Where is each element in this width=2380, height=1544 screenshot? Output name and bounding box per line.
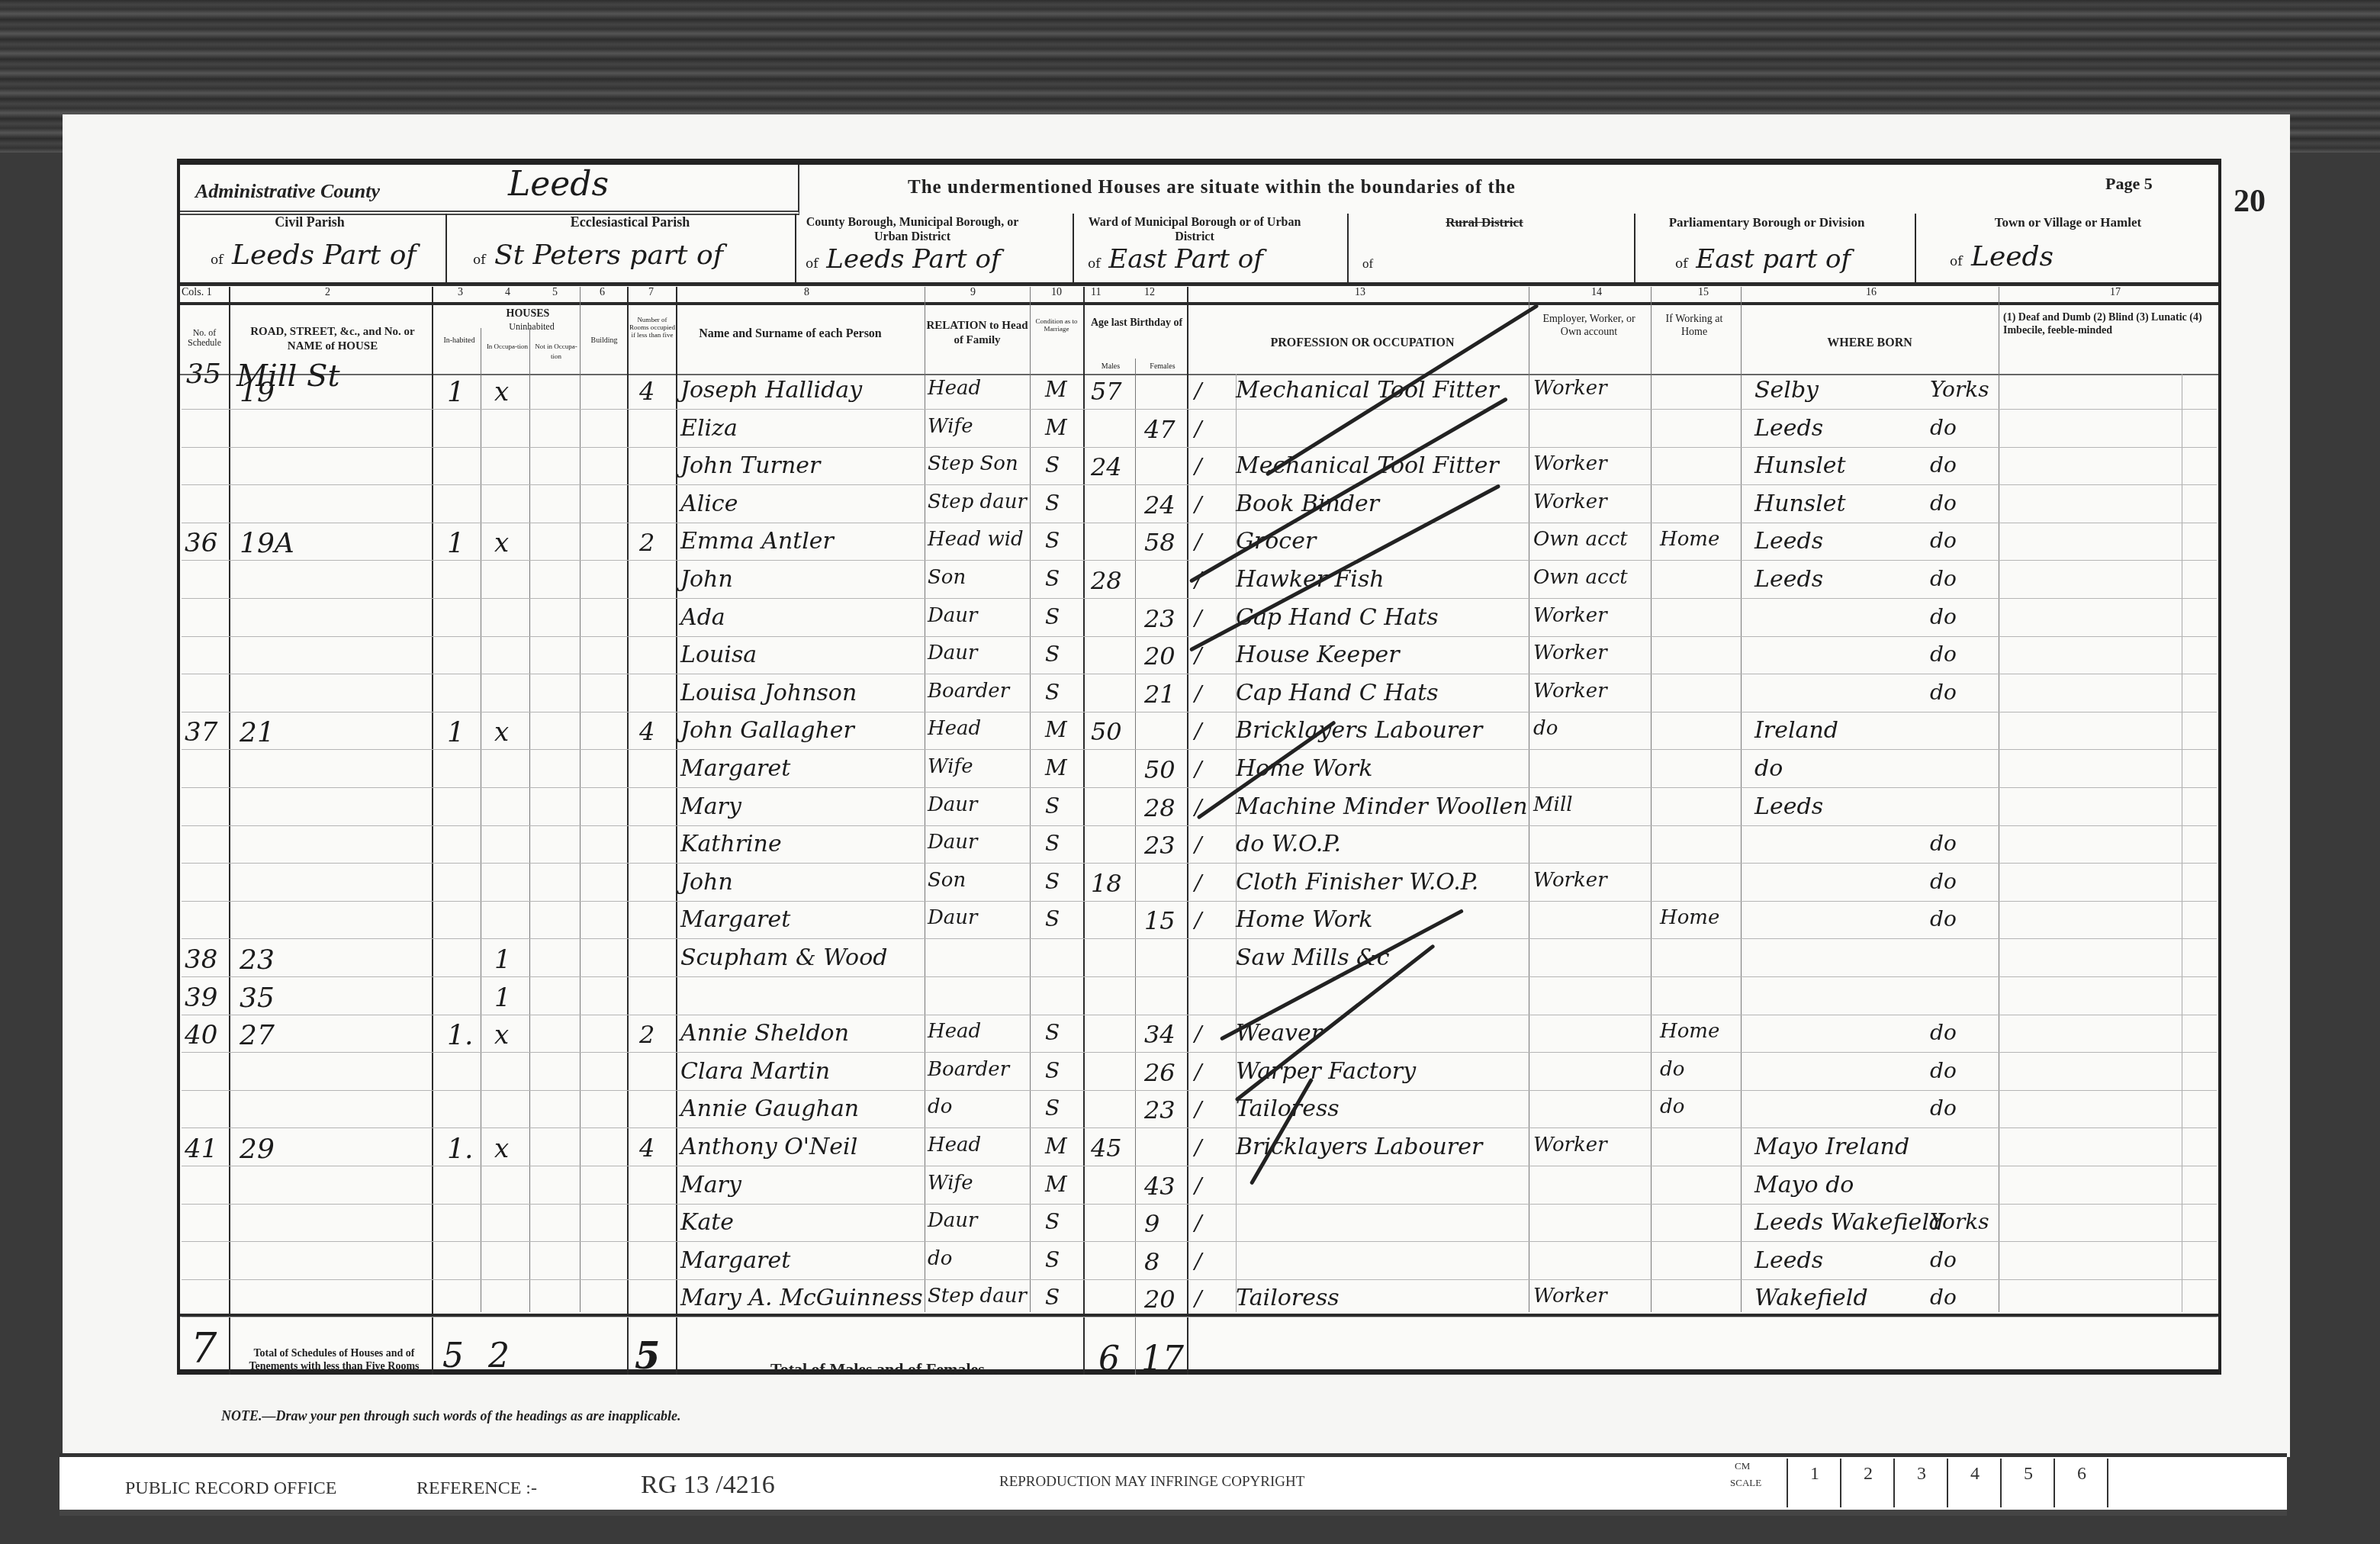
- cell-at-home: do: [1660, 1095, 1684, 1118]
- cell-condition: S: [1045, 528, 1060, 553]
- cell-female-age: 34: [1144, 1020, 1176, 1049]
- cell-schedule: 38: [185, 944, 217, 975]
- cell-employer: Mill: [1533, 793, 1573, 816]
- boundary-value-town: of Leeds: [1950, 241, 2054, 272]
- cell-born-county: do: [1930, 831, 1957, 856]
- preamble: The undermentioned Houses are situate wi…: [908, 177, 1516, 198]
- cell-employer: Worker: [1533, 869, 1607, 892]
- check-mark-icon: /: [1195, 606, 1201, 631]
- cell-occupation: Tailoress: [1236, 1285, 1340, 1311]
- cell-relation: Head: [928, 1134, 981, 1156]
- cell-born-county: do: [1930, 1020, 1957, 1045]
- cell-born-place: Hunslet: [1754, 452, 1846, 479]
- scale-mark: 1: [1787, 1459, 1841, 1507]
- cell-schedule: 41: [185, 1134, 217, 1164]
- boundary-label-parliamentary: Parliamentary Borough or Division: [1660, 215, 1873, 230]
- check-mark-icon: /: [1195, 832, 1201, 857]
- cell-employer: Own acct: [1533, 528, 1628, 551]
- header-where-born: WHERE BORN: [1744, 336, 1996, 350]
- cell-female-age: 9: [1144, 1209, 1159, 1238]
- cell-occupation: House Keeper: [1236, 642, 1400, 668]
- total-rooms: 5: [635, 1335, 660, 1378]
- cell-born-place: Leeds: [1754, 528, 1823, 555]
- cell-occupation: Mechanical Tool Fitter: [1236, 377, 1499, 404]
- cell-name: Mary A. McGuinness: [680, 1285, 923, 1311]
- check-mark-icon: /: [1195, 1097, 1201, 1122]
- scale-mark: 2: [1840, 1459, 1895, 1507]
- cell-house: 19A: [240, 528, 294, 559]
- cell-name: Scupham & Wood: [680, 944, 887, 971]
- cell-born-place: Mayo do: [1754, 1172, 1854, 1198]
- cell-female-age: 15: [1144, 906, 1176, 935]
- check-mark-icon: /: [1195, 870, 1201, 896]
- boundary-value-ecclesiastical-parish: of St Peters part of: [473, 240, 723, 271]
- cell-condition: M: [1045, 1172, 1067, 1197]
- total-uninhabited: 2: [488, 1337, 510, 1375]
- cell-born-county: do: [1930, 680, 1957, 705]
- cell-male-age: 45: [1091, 1134, 1122, 1163]
- check-mark-icon: /: [1195, 378, 1201, 404]
- cell-condition: M: [1045, 717, 1067, 742]
- cell-relation: Daur: [928, 642, 978, 664]
- cell-born-place: Leeds: [1754, 415, 1823, 442]
- boundary-label-town: Town or Village or Hamlet: [1919, 215, 2217, 230]
- cell-condition: S: [1045, 1209, 1060, 1234]
- cell-relation: Boarder: [928, 1058, 1009, 1081]
- cell-condition: S: [1045, 604, 1060, 629]
- cell-name: John: [680, 566, 733, 593]
- boundary-value-parliamentary: of East part of: [1675, 244, 1851, 275]
- check-mark-icon: /: [1195, 454, 1201, 479]
- check-mark-icon: /: [1195, 1286, 1201, 1311]
- cell-name: Emma Antler: [680, 528, 834, 555]
- cell-relation: Step Son: [928, 452, 1018, 475]
- cell-condition: S: [1045, 869, 1060, 894]
- instruction-note: NOTE.—Draw your pen through such words o…: [221, 1408, 681, 1424]
- cell-name: Alice: [680, 491, 738, 517]
- cell-at-home: Home: [1660, 906, 1719, 929]
- check-mark-icon: /: [1195, 1173, 1201, 1198]
- header-road: ROAD, STREET, &c., and No. or NAME of HO…: [235, 325, 430, 354]
- cell-relation: Head wid: [928, 528, 1024, 551]
- cell-schedule: 39: [185, 983, 217, 1013]
- check-mark-icon: /: [1195, 417, 1201, 442]
- cell-occupation: do W.O.P.: [1236, 831, 1341, 857]
- cell-born-county: do: [1930, 642, 1957, 667]
- cell-female-age: 58: [1144, 528, 1176, 557]
- cell-employer: do: [1533, 717, 1558, 740]
- scale-mark: 3: [1893, 1459, 1948, 1507]
- boundary-label-civil-parish: Civil Parish: [180, 215, 439, 230]
- cell-condition: M: [1045, 755, 1067, 780]
- cell-house: 35: [240, 983, 275, 1014]
- cell-condition: S: [1045, 793, 1060, 819]
- page-label: Page 5: [2105, 174, 2153, 194]
- total-persons-label: Total of Males and of Females...: [770, 1359, 997, 1379]
- header-building: Building: [581, 336, 627, 346]
- cell-name: Anthony O'Neil: [680, 1134, 857, 1160]
- check-mark-icon: /: [1195, 1021, 1201, 1047]
- boundary-value-civil-parish: of Leeds Part of: [211, 240, 416, 271]
- cell-at-home: Home: [1660, 528, 1719, 551]
- cell-female-age: 50: [1144, 755, 1176, 784]
- cell-occupation: Hawker Fish: [1236, 566, 1385, 593]
- cell-relation: Step daur: [928, 1285, 1027, 1308]
- cell-employer: Worker: [1533, 377, 1607, 400]
- cell-schedule: 36: [185, 528, 217, 558]
- cell-condition: S: [1045, 1247, 1060, 1272]
- cell-employer: Worker: [1533, 642, 1607, 664]
- cell-born-county: do: [1930, 566, 1957, 591]
- cell-relation: Son: [928, 566, 966, 589]
- cell-born-county: do: [1930, 1058, 1957, 1083]
- cell-born-place: Ireland: [1754, 717, 1838, 744]
- cell-female-age: 47: [1144, 415, 1176, 444]
- cell-house: 21: [240, 717, 275, 748]
- cell-female-age: 26: [1144, 1058, 1176, 1087]
- cell-uninhabited: x: [494, 717, 509, 748]
- cell-name: John Gallagher: [680, 717, 854, 744]
- cell-occupation: Bricklayers Labourer: [1236, 717, 1482, 744]
- cell-name: Mary: [680, 793, 741, 820]
- header-females: Females: [1137, 362, 1188, 372]
- cell-relation: Daur: [928, 604, 978, 627]
- cell-born-place: Leeds: [1754, 566, 1823, 593]
- cell-employer: Worker: [1533, 1285, 1607, 1308]
- header-males: Males: [1085, 362, 1137, 372]
- cell-relation: Daur: [928, 906, 978, 929]
- check-mark-icon: /: [1195, 908, 1201, 933]
- check-mark-icon: /: [1195, 1060, 1201, 1085]
- cell-relation: do: [928, 1247, 952, 1270]
- cell-name: Eliza: [680, 415, 738, 442]
- cell-name: Margaret: [680, 906, 790, 933]
- check-mark-icon: /: [1195, 719, 1201, 744]
- header-rooms: Number of Rooms occupied if less than fi…: [629, 316, 676, 339]
- cell-uninhabited: x: [494, 1134, 509, 1164]
- cell-occupation: Cloth Finisher W.O.P.: [1236, 869, 1478, 896]
- scale-mark: 4: [1947, 1459, 2002, 1507]
- cell-condition: S: [1045, 831, 1060, 856]
- cell-born-county: Yorks: [1930, 377, 1989, 402]
- check-mark-icon: /: [1195, 1135, 1201, 1160]
- cell-born-county: do: [1930, 1095, 1957, 1121]
- check-mark-icon: /: [1195, 1249, 1201, 1274]
- cell-born-county: do: [1930, 491, 1957, 516]
- cell-born-place: Leeds Wakefield: [1754, 1209, 1944, 1236]
- total-schedules: 7: [191, 1324, 217, 1372]
- header-uninhabited: Uninhabited: [484, 322, 580, 332]
- cell-male-age: 24: [1091, 452, 1122, 481]
- boundary-label-ecclesiastical-parish: Ecclesiastical Parish: [485, 215, 775, 230]
- cell-relation: Step daur: [928, 491, 1027, 513]
- cell-born-place: Wakefield: [1754, 1285, 1868, 1311]
- scale-mark: 6: [2054, 1459, 2108, 1507]
- cell-uninhabited: 1: [494, 944, 511, 975]
- cell-female-age: 28: [1144, 793, 1176, 822]
- boundary-label-county-borough: County Borough, Municipal Borough, or Ur…: [798, 215, 1027, 244]
- check-mark-icon: /: [1195, 492, 1201, 517]
- cell-name: Louisa Johnson: [680, 680, 857, 706]
- cell-name: Joseph Halliday: [680, 377, 862, 404]
- header-in-occupation: In Occupa-tion: [484, 342, 531, 352]
- boundaries-row: Civil Parish of Leeds Part of Ecclesiast…: [180, 214, 2218, 282]
- cell-rooms: 2: [639, 528, 654, 557]
- cell-relation: Daur: [928, 831, 978, 854]
- cell-rooms: 2: [639, 1020, 654, 1049]
- cell-uninhabited: x: [494, 528, 509, 558]
- footer-scale-label-2: SCALE: [1730, 1477, 1761, 1489]
- cell-employer: Worker: [1533, 452, 1607, 475]
- cell-female-age: 23: [1144, 604, 1176, 633]
- cell-occupation: Home Work: [1236, 906, 1372, 933]
- header-inhabited: In-habited: [436, 336, 482, 346]
- cell-female-age: 20: [1144, 1285, 1176, 1314]
- cell-name: Kathrine: [680, 831, 782, 857]
- cell-name: Clara Martin: [680, 1058, 830, 1085]
- cell-born-place: Leeds: [1754, 793, 1823, 820]
- cell-relation: Son: [928, 869, 966, 892]
- check-mark-icon: /: [1195, 529, 1201, 555]
- header-relation: RELATION to Head of Family: [926, 319, 1028, 348]
- cell-female-age: 23: [1144, 1095, 1176, 1124]
- cell-female-age: 8: [1144, 1247, 1159, 1276]
- cell-male-age: 50: [1091, 717, 1122, 746]
- cell-male-age: 18: [1091, 869, 1122, 898]
- street-schedule-number: 35: [186, 359, 221, 390]
- cell-name: John: [680, 869, 733, 896]
- cell-born-place: Leeds: [1754, 1247, 1823, 1274]
- cell-employer: Worker: [1533, 604, 1607, 627]
- cell-relation: Wife: [928, 755, 973, 778]
- cell-female-age: 23: [1144, 831, 1176, 860]
- cell-condition: M: [1045, 377, 1067, 402]
- cell-uninhabited: 1: [494, 983, 511, 1013]
- cell-schedule: 40: [185, 1020, 217, 1050]
- check-mark-icon: /: [1195, 681, 1201, 706]
- cell-condition: S: [1045, 1058, 1060, 1083]
- cell-born-county: do: [1930, 528, 1957, 553]
- cell-condition: S: [1045, 1095, 1060, 1121]
- cell-inhabited: 1: [447, 377, 465, 408]
- cell-name: John Turner: [680, 452, 820, 479]
- cell-inhabited: 1: [447, 528, 465, 559]
- cell-condition: M: [1045, 1134, 1067, 1159]
- cell-rooms: 4: [639, 1134, 654, 1163]
- cell-born-county: do: [1930, 869, 1957, 894]
- cell-born-county: do: [1930, 415, 1957, 440]
- cell-born-county: do: [1930, 452, 1957, 478]
- cell-relation: Head: [928, 1020, 981, 1043]
- cell-born-place: Hunslet: [1754, 491, 1846, 517]
- cell-rooms: 4: [639, 717, 654, 746]
- cell-inhabited: 1.: [447, 1134, 473, 1165]
- boundary-label-ward: Ward of Municipal Borough or of Urban Di…: [1080, 215, 1309, 244]
- cell-name: Mary: [680, 1172, 741, 1198]
- cell-condition: S: [1045, 491, 1060, 516]
- cell-employer: Own acct: [1533, 566, 1628, 589]
- total-females: 17: [1141, 1340, 1184, 1378]
- cell-house: 23: [240, 944, 275, 976]
- cell-house: 29: [240, 1134, 275, 1165]
- cell-relation: Wife: [928, 415, 973, 438]
- boundary-label-rural-district: Rural District: [1370, 215, 1599, 230]
- boundary-value-county-borough: of Leeds Part of: [806, 244, 1001, 275]
- footer-copyright: REPRODUCTION MAY INFRINGE COPYRIGHT: [999, 1474, 1304, 1491]
- cell-born-place: Selby: [1754, 377, 1819, 404]
- column-headers: No. of Schedule ROAD, STREET, &c., and N…: [180, 305, 2218, 374]
- cell-uninhabited: x: [494, 1020, 509, 1050]
- header-employer: Employer, Worker, or Own account: [1532, 313, 1646, 339]
- cell-condition: S: [1045, 906, 1060, 931]
- cell-condition: S: [1045, 1285, 1060, 1310]
- footer-reference-label: REFERENCE :-: [416, 1478, 537, 1499]
- header-age: Age last Birthday of: [1085, 316, 1188, 330]
- header-houses: HOUSES: [436, 307, 619, 321]
- header-name: Name and Surname of each Person: [699, 326, 882, 341]
- cell-name: Ada: [680, 604, 725, 631]
- cell-born-county: Yorks: [1930, 1209, 1989, 1234]
- cell-relation: Wife: [928, 1172, 973, 1195]
- cell-female-age: 43: [1144, 1172, 1176, 1201]
- cell-condition: S: [1045, 566, 1060, 591]
- cell-relation: Daur: [928, 793, 978, 816]
- total-inhabited: 5: [442, 1337, 464, 1375]
- cell-uninhabited: x: [494, 377, 509, 407]
- check-mark-icon: /: [1195, 1211, 1201, 1236]
- boundary-value-rural-district: of: [1362, 256, 1373, 272]
- cell-name: Annie Gaughan: [680, 1095, 859, 1122]
- cell-born-place: do: [1754, 755, 1783, 782]
- footer-reference: RG 13 /4216: [641, 1471, 775, 1500]
- cell-at-home: do: [1660, 1058, 1684, 1081]
- total-schedules-label: Total of Schedules of Houses and of Tene…: [243, 1347, 426, 1373]
- cell-name: Louisa: [680, 642, 757, 668]
- cell-female-age: 21: [1144, 680, 1176, 709]
- cell-occupation: Saw Mills &c: [1236, 944, 1390, 971]
- boundary-value-ward: of East Part of: [1088, 244, 1263, 275]
- cell-employer: Worker: [1533, 491, 1607, 513]
- scale-mark: 5: [2000, 1459, 2055, 1507]
- cell-relation: Head: [928, 717, 981, 740]
- check-mark-icon: /: [1195, 757, 1201, 782]
- cell-employer: Worker: [1533, 1134, 1607, 1156]
- cell-schedule: 37: [185, 717, 217, 748]
- cell-born-county: do: [1930, 1285, 1957, 1310]
- header-not-in-occupation: Not in Occupa-tion: [532, 342, 580, 362]
- folio-number: 20: [2234, 183, 2266, 220]
- cell-inhabited: 1.: [447, 1020, 473, 1051]
- cell-inhabited: 1: [447, 717, 465, 748]
- cell-condition: S: [1045, 1020, 1060, 1045]
- cell-female-age: 20: [1144, 642, 1176, 671]
- cell-relation: Boarder: [928, 680, 1009, 703]
- cell-at-home: Home: [1660, 1020, 1719, 1043]
- header-at-home: If Working at Home: [1652, 313, 1736, 339]
- cell-relation: do: [928, 1095, 952, 1118]
- cell-name: Annie Sheldon: [680, 1020, 849, 1047]
- cell-born-place: Mayo Ireland: [1754, 1134, 1909, 1160]
- admin-county-value: Leeds: [508, 165, 609, 204]
- column-number-row: Cols. 1 2 3 4 5 6 7 8 9 10 11 12 13 14 1…: [180, 287, 2218, 301]
- header-schedule: No. of Schedule: [182, 328, 227, 348]
- header-infirmity: (1) Deaf and Dumb (2) Blind (3) Lunatic …: [2003, 311, 2209, 337]
- cell-name: Margaret: [680, 755, 790, 782]
- cell-house: 27: [240, 1020, 275, 1051]
- cell-condition: S: [1045, 680, 1060, 705]
- cell-employer: Worker: [1533, 680, 1607, 703]
- cell-rooms: 4: [639, 377, 654, 406]
- total-males: 6: [1098, 1340, 1120, 1378]
- admin-county-box: Administrative County Leeds: [180, 165, 799, 215]
- cell-condition: M: [1045, 415, 1067, 440]
- cell-name: Margaret: [680, 1247, 790, 1274]
- cell-male-age: 28: [1091, 566, 1122, 595]
- cell-male-age: 57: [1091, 377, 1122, 406]
- footer-scale-label-1: CM: [1735, 1460, 1750, 1472]
- cell-house: 19: [240, 377, 275, 408]
- header-condition: Condition as to Marriage: [1031, 317, 1082, 333]
- cell-occupation: Machine Minder Woollen: [1236, 793, 1528, 820]
- cell-name: Kate: [680, 1209, 734, 1236]
- cell-born-county: do: [1930, 1247, 1957, 1272]
- admin-county-label: Administrative County: [195, 180, 380, 203]
- cell-female-age: 24: [1144, 491, 1176, 519]
- scale-end: [2107, 1459, 2110, 1507]
- cell-born-county: do: [1930, 604, 1957, 629]
- archive-footer: PUBLIC RECORD OFFICE REFERENCE :- RG 13 …: [59, 1453, 2287, 1516]
- footer-office: PUBLIC RECORD OFFICE: [125, 1478, 336, 1499]
- cell-born-county: do: [1930, 906, 1957, 931]
- cell-relation: Head: [928, 377, 981, 400]
- cell-relation: Daur: [928, 1209, 978, 1232]
- cell-condition: S: [1045, 452, 1060, 478]
- cell-condition: S: [1045, 642, 1060, 667]
- cell-occupation: Cap Hand C Hats: [1236, 680, 1439, 706]
